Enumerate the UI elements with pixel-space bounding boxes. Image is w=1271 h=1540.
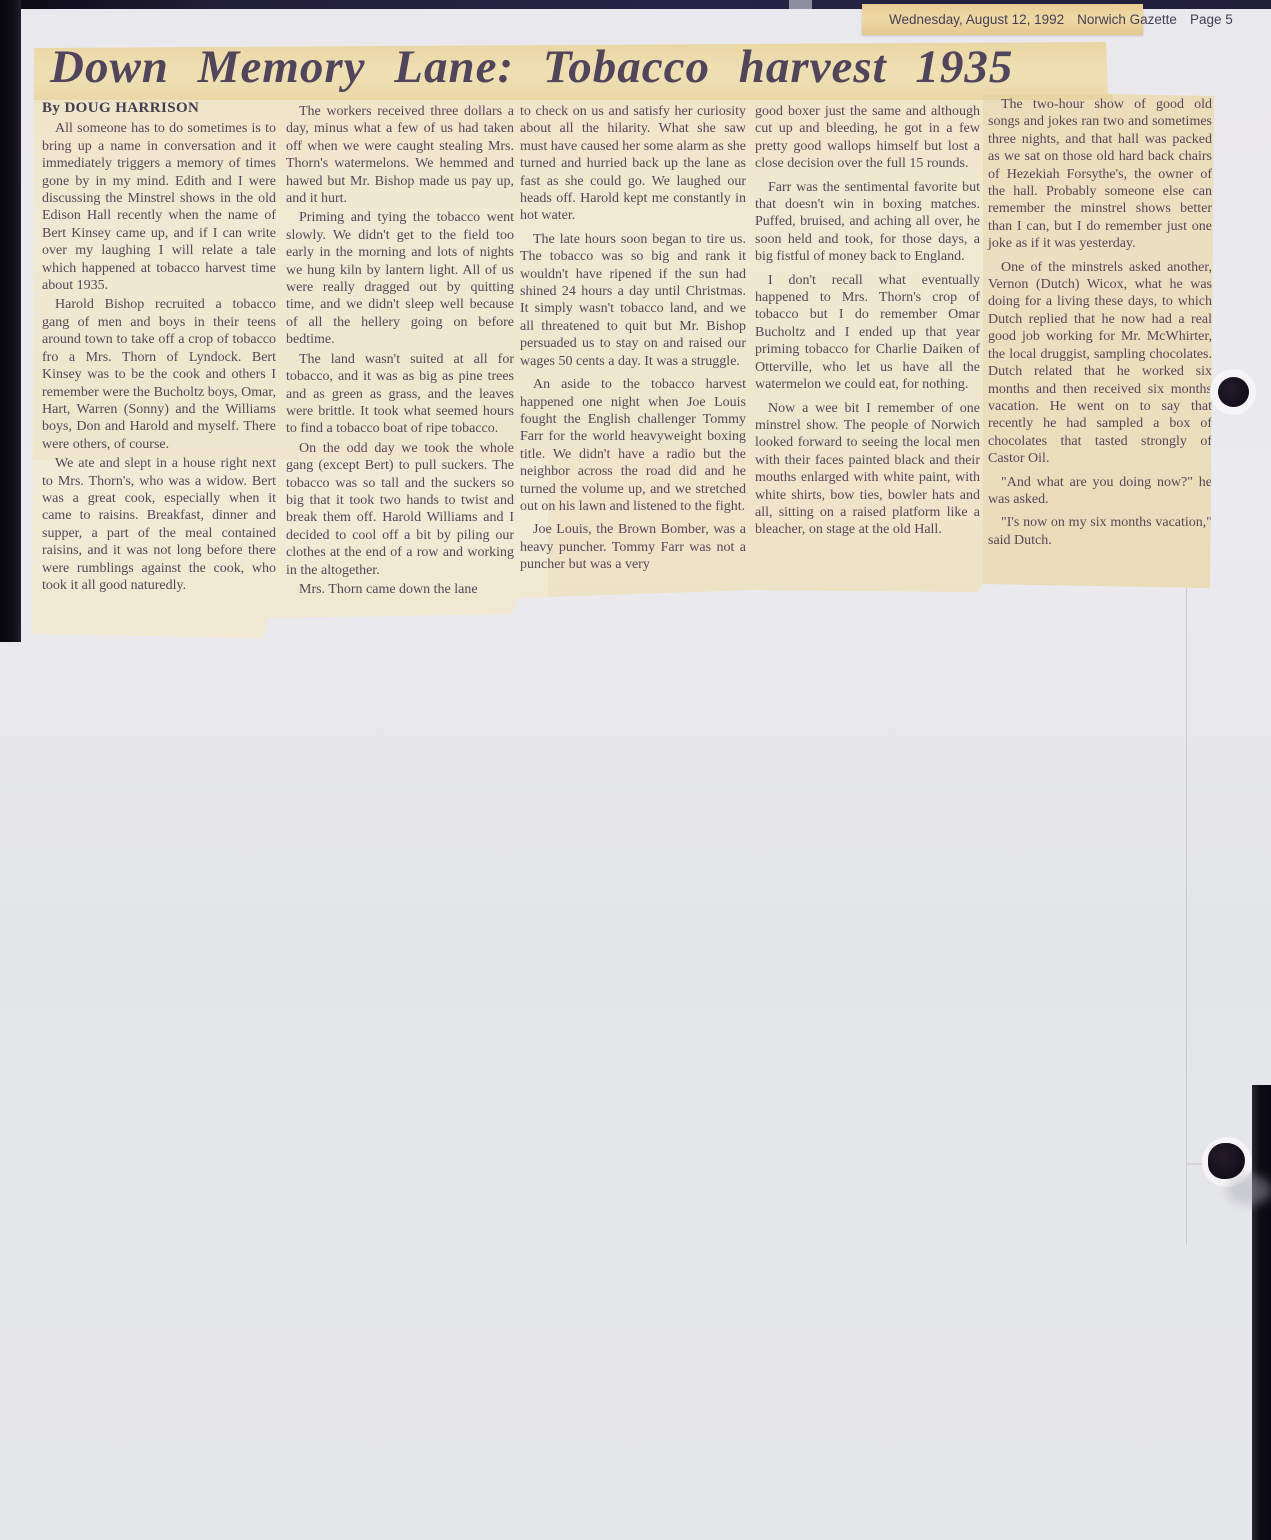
article-paragraph: Priming and tying the tobacco went slowl…: [286, 209, 514, 348]
headline: Down Memory Lane: Tobacco harvest 1935: [50, 36, 1105, 98]
article-paragraph: good boxer just the same and although cu…: [755, 103, 980, 173]
scan-edge-right: [1252, 1085, 1271, 1540]
article-paragraph: We ate and slept in a house right next t…: [42, 455, 276, 594]
article-paragraph: An aside to the tobacco harvest happened…: [520, 376, 746, 515]
article-paragraph: Harold Bishop recruited a tobacco gang o…: [42, 296, 276, 453]
dateline-date: Wednesday, August 12, 1992: [889, 12, 1064, 27]
article-paragraph: The workers received three dollars a day…: [286, 103, 514, 207]
article-paragraph: Now a wee bit I remember of one minstrel…: [755, 400, 980, 539]
ink-smudge: [1226, 1175, 1271, 1205]
scan-edge-notch: [789, 0, 812, 9]
dateline-page: Page 5: [1190, 12, 1233, 27]
article-paragraph: Joe Louis, the Brown Bomber, was a heavy…: [520, 521, 746, 573]
article-column-2: The workers received three dollars a day…: [286, 103, 514, 600]
scanned-page: Wednesday, August 12, 1992Norwich Gazett…: [0, 0, 1271, 1540]
article-paragraph: to check on us and satisfy her curiosity…: [520, 103, 746, 225]
article-paragraph: The two-hour show of good old songs and …: [988, 96, 1212, 253]
article-column-3: to check on us and satisfy her curiosity…: [520, 103, 746, 580]
article-paragraph: The land wasn't suited at all for tobacc…: [286, 351, 514, 438]
punch-hole-top: [1218, 377, 1249, 407]
article-paragraph: One of the minstrels asked another, Vern…: [988, 259, 1212, 468]
newspaper-clipping: Down Memory Lane: Tobacco harvest 1935 B…: [28, 40, 1218, 656]
scan-edge-left: [0, 0, 21, 642]
article-paragraph: Farr was the sentimental favorite but th…: [755, 179, 980, 266]
article-column-4: good boxer just the same and although cu…: [755, 103, 980, 545]
article-paragraph: All someone has to do sometimes is to br…: [42, 120, 276, 294]
page-crease-vertical: [1186, 588, 1187, 1245]
article-paragraph: "I's now on my six months vacation," sai…: [988, 514, 1212, 549]
article-paragraph: Mrs. Thorn came down the lane: [286, 581, 514, 598]
article-column-5: The two-hour show of good old songs and …: [988, 96, 1212, 555]
article-column-1: By DOUG HARRISON All someone has to do s…: [42, 100, 276, 596]
article-paragraph: On the odd day we took the whole gang (e…: [286, 440, 514, 579]
article-paragraph: I don't recall what eventually happened …: [755, 272, 980, 394]
dateline-paper: Norwich Gazette: [1077, 12, 1177, 27]
headline-strip: Down Memory Lane: Tobacco harvest 1935: [28, 40, 1113, 100]
article-paragraph: "And what are you doing now?" he was ask…: [988, 474, 1212, 509]
byline: By DOUG HARRISON: [42, 100, 276, 117]
article-paragraph: The late hours soon began to tire us. Th…: [520, 231, 746, 370]
dateline-strip: Wednesday, August 12, 1992Norwich Gazett…: [862, 4, 1143, 35]
